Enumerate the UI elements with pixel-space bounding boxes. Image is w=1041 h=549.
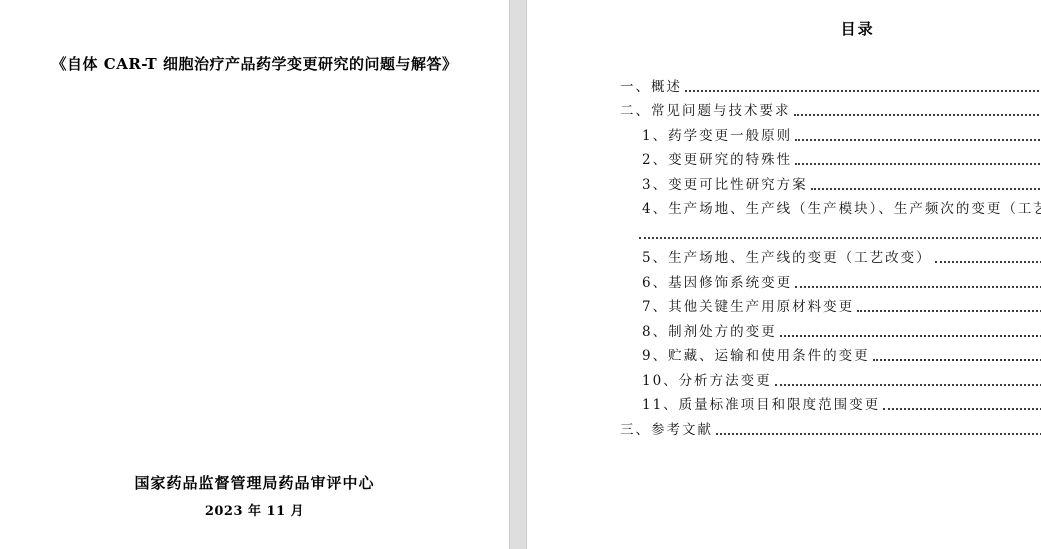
toc-entry-label: 三、参考文献 (620, 423, 713, 439)
dot-leader (716, 433, 1041, 435)
toc-entry-label: 10、分析方法变更 (642, 374, 772, 390)
toc-entry-label: 4、生产场地、生产线（生产模块）、生产频次的变更（工艺不变） (642, 202, 1041, 218)
page-divider (509, 0, 527, 549)
cover-page: 《自体 CAR-T 细胞治疗产品药学变更研究的问题与解答》 国家药品监督管理局药… (0, 0, 509, 549)
dot-leader (794, 114, 1041, 116)
toc-entry-label: 1、药学变更一般原则 (642, 129, 792, 145)
toc-entry-label: 11、质量标准项目和限度范围变更 (642, 398, 880, 414)
publication-date: 2023 年 11 月 (0, 500, 509, 519)
dot-leader (685, 90, 1041, 92)
organization-name: 国家药品监督管理局药品审评中心 (0, 472, 509, 493)
toc-entry[interactable]: 6、基因修饰系统变更13 (620, 267, 1041, 292)
toc-entry-label: 8、制剂处方的变更 (642, 325, 777, 341)
dot-leader (639, 237, 1041, 239)
toc-entry[interactable]: 7、其他关键生产用原材料变更16 (620, 292, 1041, 317)
toc-entry-label: 一、概述 (620, 80, 682, 96)
dot-leader (780, 335, 1041, 337)
toc-entry[interactable]: 8、制剂处方的变更17 (620, 316, 1041, 341)
dot-leader (795, 163, 1041, 165)
dot-leader (795, 139, 1041, 141)
toc-entry[interactable]: 2、变更研究的特殊性6 (620, 145, 1041, 170)
document-viewer: 《自体 CAR-T 细胞治疗产品药学变更研究的问题与解答》 国家药品监督管理局药… (0, 0, 1041, 549)
cover-footer: 国家药品监督管理局药品审评中心 2023 年 11 月 (0, 472, 509, 519)
toc-entry[interactable]: 1、药学变更一般原则4 (620, 120, 1041, 145)
toc-entry[interactable]: 10、分析方法变更19 (620, 365, 1041, 390)
dot-leader (935, 261, 1041, 263)
toc-entry-label: 3、变更可比性研究方案 (642, 178, 808, 194)
toc-heading: 目录 (620, 18, 1041, 39)
dot-leader (795, 286, 1041, 288)
toc-entry[interactable]: 三、参考文献21 (620, 414, 1041, 439)
toc-entry-label: 7、其他关键生产用原材料变更 (642, 300, 854, 316)
dot-leader (775, 384, 1041, 386)
toc-entry-label: 二、常见问题与技术要求 (620, 104, 791, 120)
toc-entry[interactable]: 9、贮藏、运输和使用条件的变更18 (620, 341, 1041, 366)
toc-page: 目录 一、概述3二、常见问题与技术要求41、药学变更一般原则42、变更研究的特殊… (527, 0, 1041, 549)
toc-entry[interactable]: 4、生产场地、生产线（生产模块）、生产频次的变更（工艺不变）10 (620, 194, 1041, 243)
toc-entry-label: 2、变更研究的特殊性 (642, 153, 792, 169)
toc-entry[interactable]: 11、质量标准项目和限度范围变更21 (620, 390, 1041, 415)
toc-entry[interactable]: 5、生产场地、生产线的变更（工艺改变）12 (620, 243, 1041, 268)
dot-leader (883, 408, 1041, 410)
toc-entry[interactable]: 二、常见问题与技术要求4 (620, 96, 1041, 121)
toc-entry-label: 6、基因修饰系统变更 (642, 276, 792, 292)
toc-list: 一、概述3二、常见问题与技术要求41、药学变更一般原则42、变更研究的特殊性63… (620, 71, 1041, 439)
toc-entry-label: 5、生产场地、生产线的变更（工艺改变） (642, 251, 932, 267)
toc-entry[interactable]: 3、变更可比性研究方案8 (620, 169, 1041, 194)
dot-leader (873, 359, 1041, 361)
toc-entry-label: 9、贮藏、运输和使用条件的变更 (642, 349, 870, 365)
dot-leader (857, 310, 1041, 312)
dot-leader (811, 188, 1041, 190)
toc-entry[interactable]: 一、概述3 (620, 71, 1041, 96)
document-title: 《自体 CAR-T 细胞治疗产品药学变更研究的问题与解答》 (10, 53, 499, 74)
